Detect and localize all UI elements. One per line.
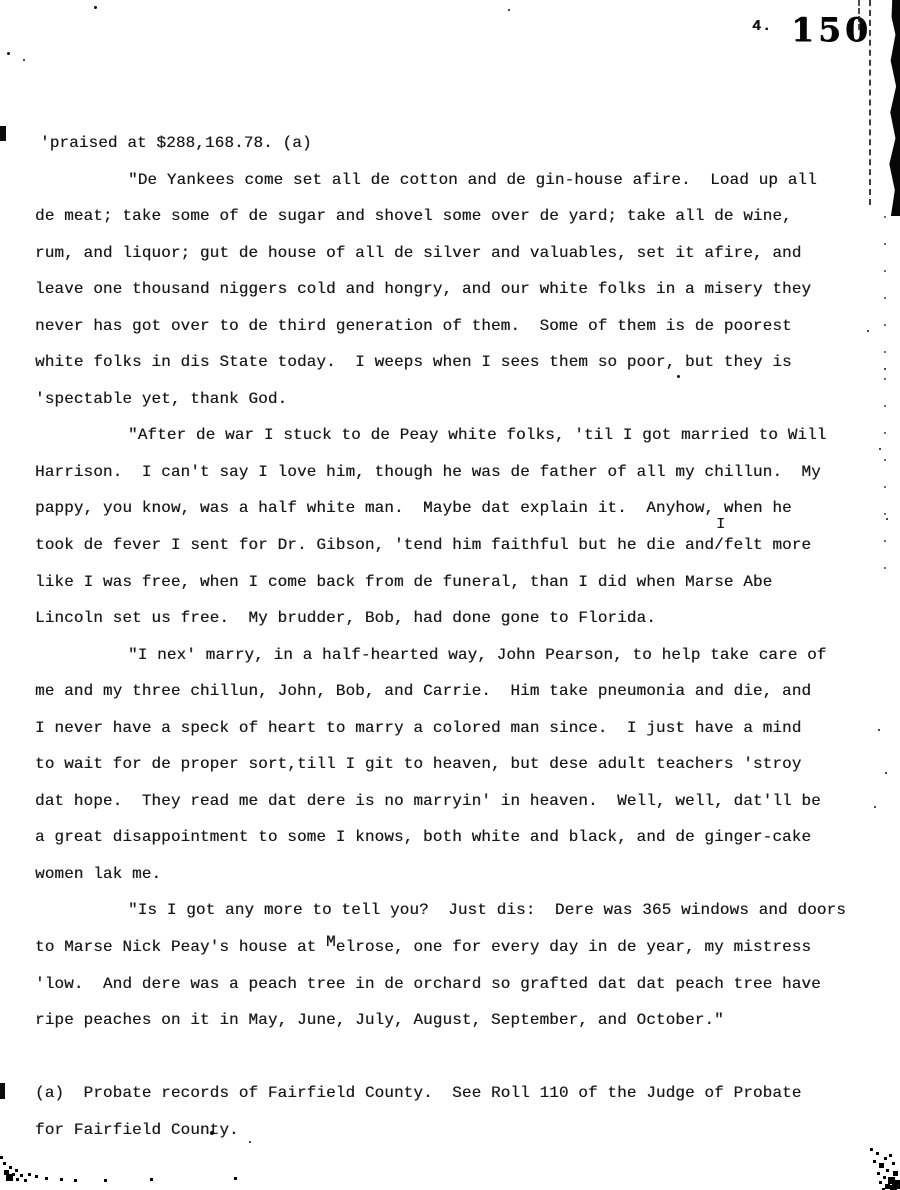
scan-edge-blob — [0, 1083, 5, 1099]
document-body: 'praised at $288,168.78. (a) "De Yankees… — [35, 125, 880, 1148]
scan-edge-dashed-line — [858, 0, 860, 30]
text-line: Harrison. I can't say I love him, though… — [35, 454, 880, 491]
text-line: 'low. And dere was a peach tree in de or… — [35, 966, 880, 1003]
text-line: "Is I got any more to tell you? Just dis… — [35, 892, 880, 929]
text-line: "De Yankees come set all de cotton and d… — [35, 162, 880, 199]
scan-speck — [210, 1131, 214, 1135]
text-line: 'spectable yet, thank God. — [35, 381, 880, 418]
scan-speck — [878, 729, 880, 731]
text-line: a great disappointment to some I knows, … — [35, 819, 880, 856]
typed-insertion-letter: I — [716, 517, 725, 532]
text-line-with-insertion: took de fever I sent for Dr. Gibson, 'te… — [35, 527, 880, 564]
scan-speck — [867, 330, 869, 332]
typed-slash-correction: I/ — [714, 536, 724, 554]
text-line: leave one thousand niggers cold and hong… — [35, 271, 880, 308]
text-segment: felt more — [724, 536, 811, 554]
text-line: women lak me. — [35, 856, 880, 893]
scan-speck — [884, 368, 886, 370]
text-line: me and my three chillun, John, Bob, and … — [35, 673, 880, 710]
text-line-with-raised-letter: to Marse Nick Peay's house at Melrose, o… — [35, 929, 880, 966]
scan-speck — [886, 518, 888, 520]
scan-speck — [508, 9, 510, 11]
scan-speck — [879, 448, 881, 450]
text-segment: took de fever I sent for Dr. Gibson, 'te… — [35, 536, 714, 554]
blank-line — [35, 1039, 880, 1076]
raised-letter: M — [326, 933, 336, 951]
text-line: ripe peaches on it in May, June, July, A… — [35, 1002, 880, 1039]
text-line: dat hope. They read me dat dere is no ma… — [35, 783, 880, 820]
text-line: de meat; take some of de sugar and shove… — [35, 198, 880, 235]
scan-edge-dashed-line — [869, 0, 871, 205]
text-segment: to Marse Nick Peay's house at — [35, 938, 326, 956]
scan-speck — [7, 52, 10, 55]
scan-speck — [23, 59, 25, 61]
text-line: 'praised at $288,168.78. (a) — [35, 125, 880, 162]
slash-character: / — [714, 536, 724, 554]
scanned-document-page: { "colors": { "paper": "#ffffff", "ink":… — [0, 0, 900, 1190]
scan-edge-artifact — [887, 0, 900, 216]
footnote-line: (a) Probate records of Fairfield County.… — [35, 1075, 880, 1112]
footnote-line: for Fairfield County. — [35, 1112, 880, 1149]
text-line: Lincoln set us free. My brudder, Bob, ha… — [35, 600, 880, 637]
scan-speckle-cluster — [870, 1148, 873, 1151]
scan-speck — [874, 806, 876, 808]
text-line: "After de war I stuck to de Peay white f… — [35, 417, 880, 454]
text-line: never has got over to de third generatio… — [35, 308, 880, 345]
text-line: white folks in dis State today. I weeps … — [35, 344, 880, 381]
scan-edge-blob — [0, 126, 6, 141]
text-line: like I was free, when I come back from d… — [35, 564, 880, 601]
text-line: I never have a speck of heart to marry a… — [35, 710, 880, 747]
scan-speck — [249, 1141, 251, 1143]
scan-speck — [885, 772, 887, 774]
text-line: pappy, you know, was a half white man. M… — [35, 490, 880, 527]
scan-speck — [677, 375, 680, 378]
text-segment: elrose, one for every day in de year, my… — [336, 938, 811, 956]
scan-edge-dotted-line — [884, 216, 886, 576]
scan-speckle-cluster — [0, 1156, 3, 1159]
scan-speck — [94, 6, 97, 9]
text-line: rum, and liquor; gut de house of all de … — [35, 235, 880, 272]
page-number: 4. — [752, 18, 772, 35]
text-line: "I nex' marry, in a half-hearted way, Jo… — [35, 637, 880, 674]
text-line: to wait for de proper sort,till I git to… — [35, 746, 880, 783]
